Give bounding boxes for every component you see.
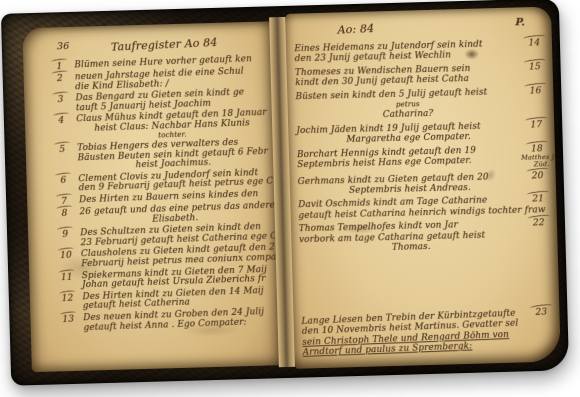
left-page: 36 Taufregister Ao 84 1Blümen seine Hure… (22, 21, 279, 372)
right-page-header: Ao: 84 P. (295, 17, 539, 37)
entry-number: 22 (525, 218, 554, 250)
entry-number: 18Matthes Jüd VattnZüd. (523, 144, 552, 169)
entry-text: Gerhmans kindt zu Gieten getauft den 20S… (297, 171, 521, 197)
entry-number: 21 (524, 194, 553, 215)
folio-mark: P. (515, 17, 525, 28)
entry-number: 5 (51, 145, 74, 175)
right-page-heading: Ao: 84 (295, 16, 516, 39)
entry-text: Büsten sein kindt den 5 Julij getauft he… (295, 86, 520, 123)
entry-row: Davit Oschmids kindt am Tage Catharinege… (298, 194, 552, 221)
left-page-header: 36 Taufregister Ao 84 (51, 36, 260, 55)
entry-number: 8 (53, 208, 76, 228)
entry-number: 17 (522, 120, 551, 141)
left-page-number: 36 (57, 41, 70, 52)
entry-row: Büsten sein kindt den 5 Julij getauft he… (295, 86, 550, 123)
entry-text: Borchart Hennigs kindt getauft den 19Sep… (297, 144, 522, 173)
entry-number: 3 (49, 95, 72, 115)
entry-text: Des neuen kindt zu Groben den 24 Julijge… (83, 308, 275, 334)
manuscript-book: 36 Taufregister Ao 84 1Blümen seine Hure… (1, 0, 569, 386)
entry-row: Thomas Tempelhofes kindt von Jarvorbork … (299, 218, 554, 255)
entry-number: 15 (521, 62, 550, 83)
entry-text: Claus Mühus kindt getauft den 18 Januarh… (76, 109, 268, 142)
entry-row: Borchart Hennigs kindt getauft den 19Sep… (297, 144, 552, 174)
entry-row: Gerhmans kindt zu Gieten getauft den 20S… (297, 171, 551, 198)
entry-text: Davit Oschmids kindt am Tage Catharinege… (298, 195, 522, 221)
entry-text: Lange Liesen ben Trebin der Kürbintzgeta… (301, 309, 526, 359)
entry-text: Jochim Jäden kindt 19 Julij getauft heis… (296, 121, 520, 147)
entry-row: Thomeses zu Wendischen Bauern seinkindt … (295, 62, 549, 89)
right-page: Ao: 84 P. Eines Heidemans zu Jutendorf s… (285, 7, 561, 369)
entry-number: 12 (56, 293, 79, 313)
entry-number: 23 (527, 308, 557, 351)
entry-number: 9 (54, 230, 77, 250)
right-page-bottom-entry: Lange Liesen ben Trebin der Kürbintzgeta… (301, 305, 557, 362)
entry-row: Eines Heidemans zu Jutendorf sein kindtd… (294, 38, 548, 65)
entry-number: 6 (52, 175, 75, 195)
entry-number: 2 (49, 74, 72, 94)
entry-text: Thomeses zu Wendischen Bauern seinkindt … (295, 63, 519, 89)
entry-number: 20 (523, 171, 552, 192)
entry-number: 4 (50, 116, 73, 143)
entry-row: Lange Liesen ben Trebin der Kürbintzgeta… (301, 308, 556, 359)
entry-number: 10 (55, 251, 78, 271)
entry-number: 11 (56, 272, 79, 292)
entry-number: 13 (57, 314, 80, 334)
left-page-heading: Taufregister Ao 84 (69, 34, 260, 56)
entry-text: Thomas Tempelhofes kindt von Jarvorbork … (299, 219, 524, 256)
entry-number: 16 (521, 86, 550, 118)
entry-row: Jochim Jäden kindt 19 Julij getauft heis… (296, 120, 550, 147)
left-page-entries: 1Blümen seine Hure vorher getauft ken2ne… (48, 53, 276, 366)
photo-background: 36 Taufregister Ao 84 1Blümen seine Hure… (0, 0, 580, 397)
entry-text: Eines Heidemans zu Jutendorf sein kindtd… (294, 39, 518, 65)
entry-number: 14 (520, 38, 549, 59)
right-page-entries: Eines Heidemans zu Jutendorf sein kindtd… (294, 35, 553, 259)
